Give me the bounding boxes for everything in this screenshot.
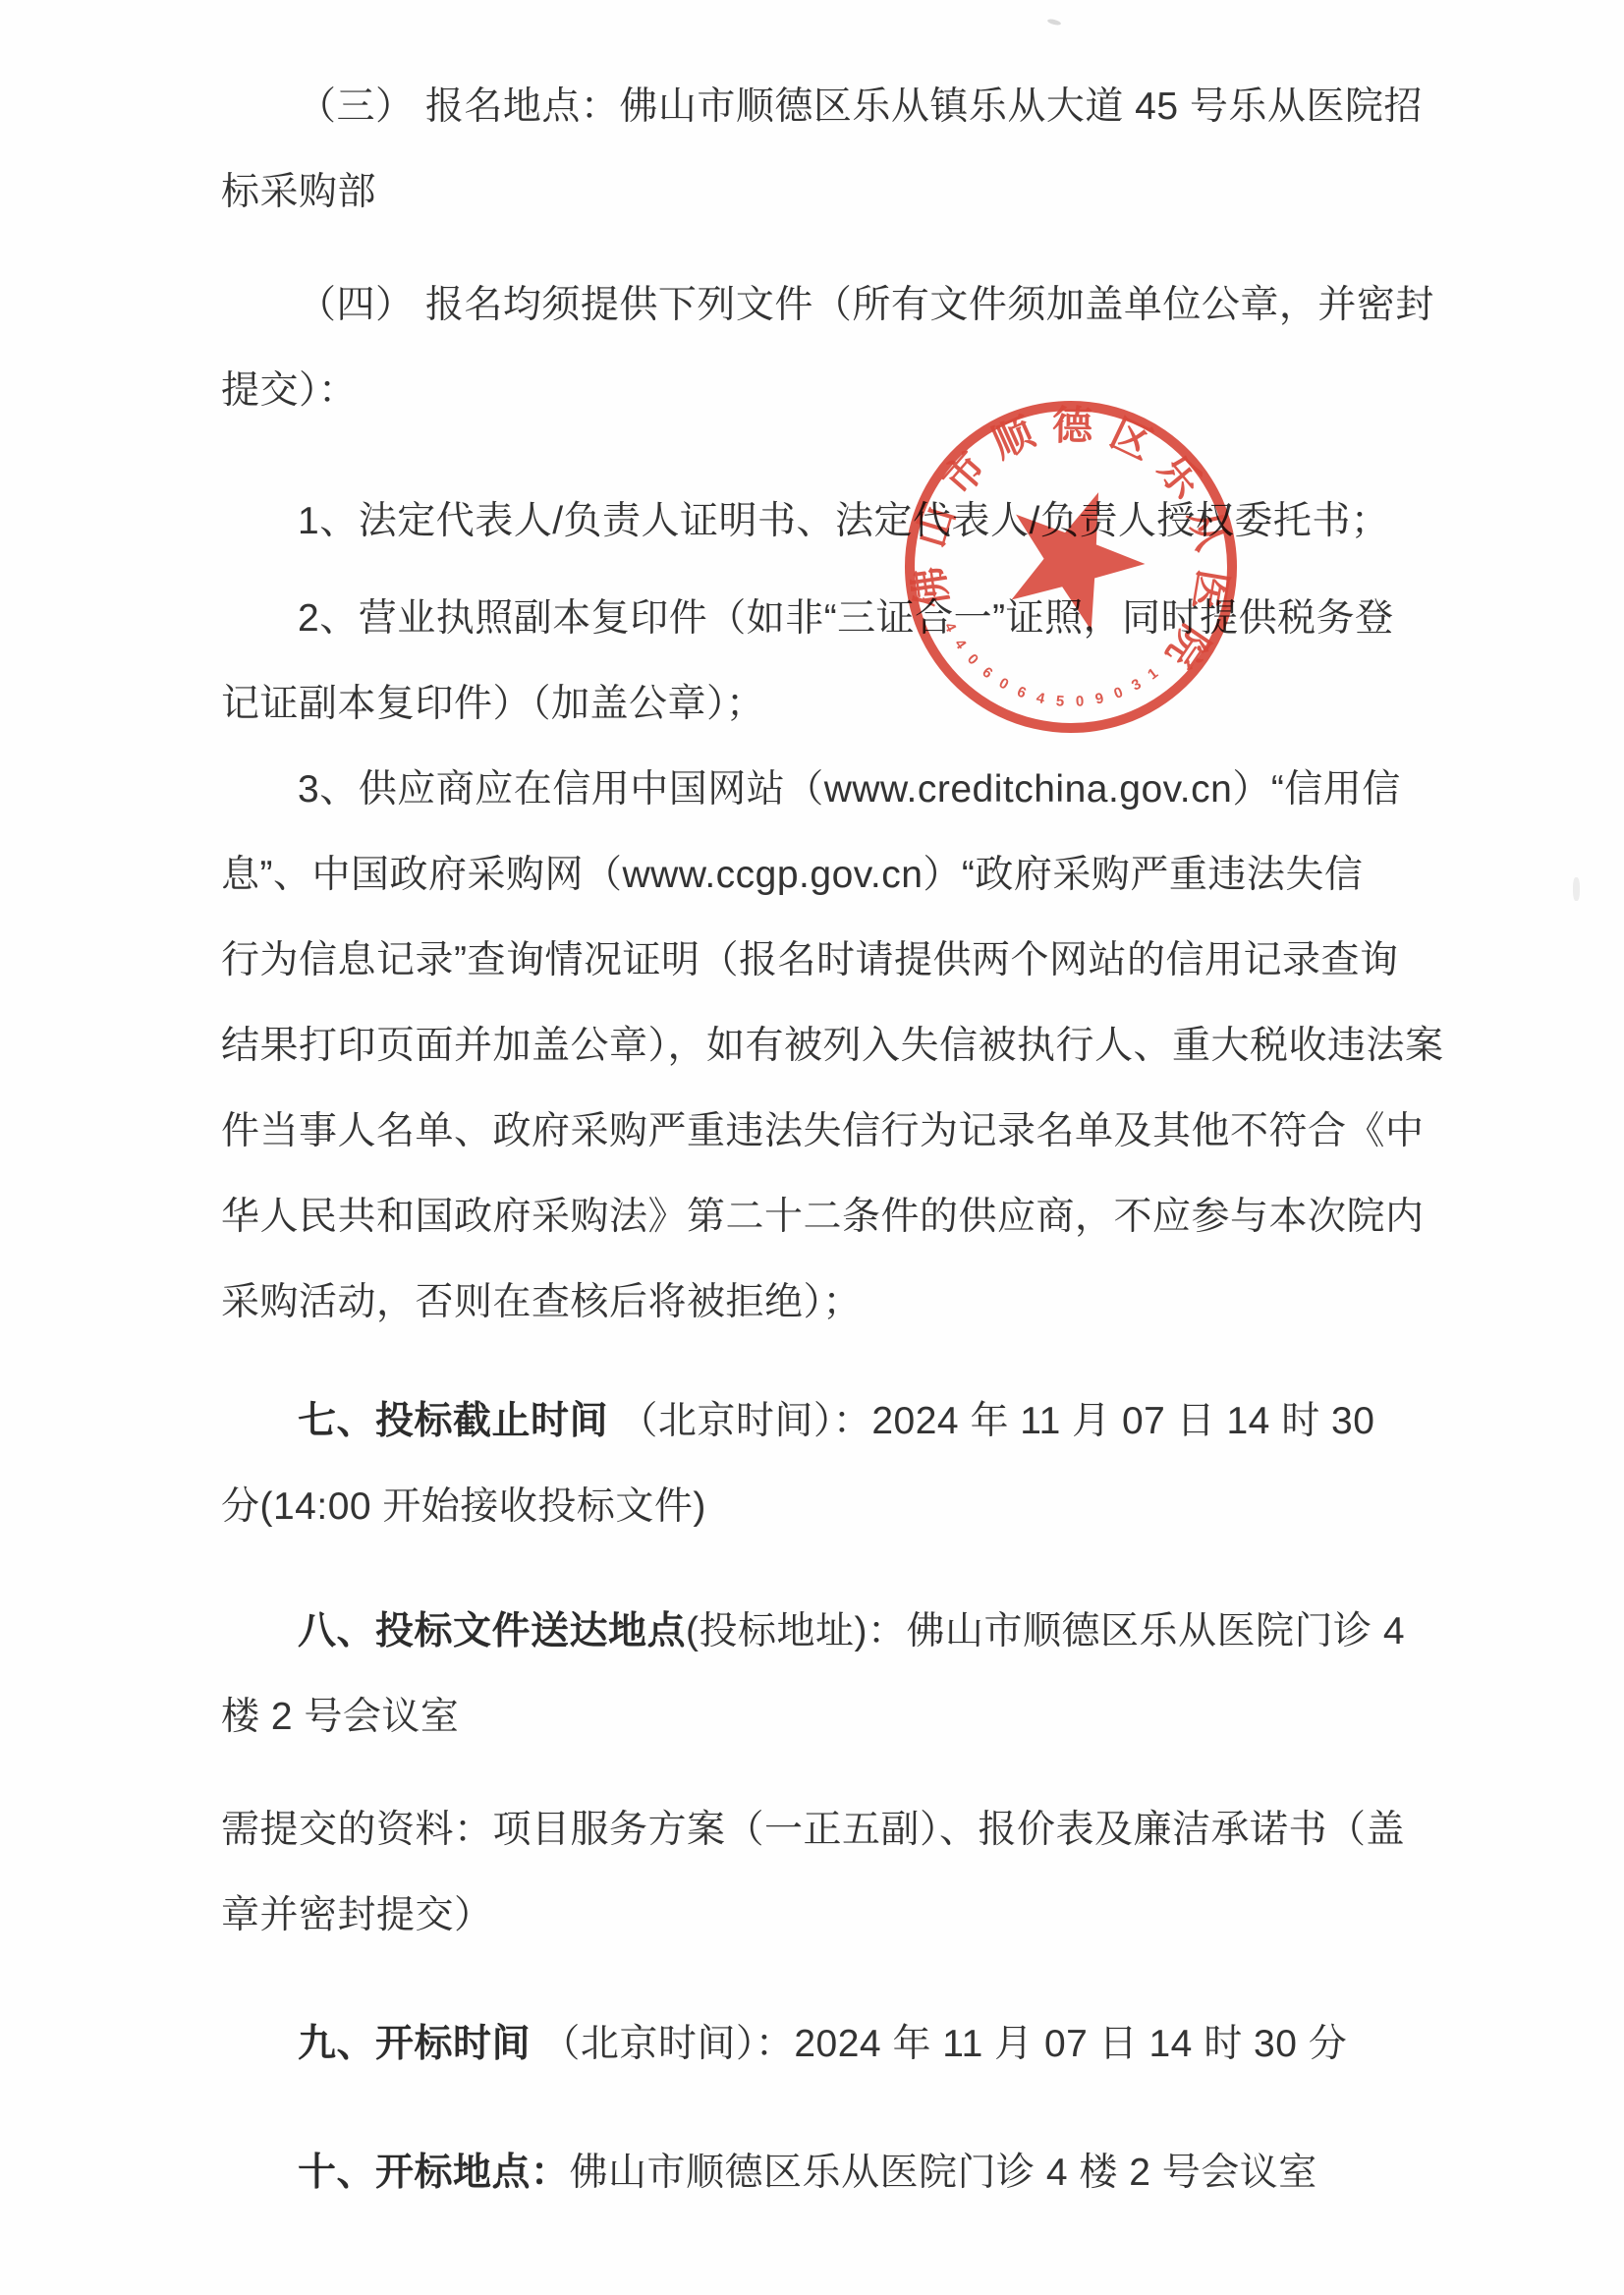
- paragraph: 九、开标时间 （北京时间）：2024 年 11 月 07 日 14 时 30 分: [221, 2001, 1498, 2087]
- paragraph: （四） 报名均须提供下列文件（所有文件须加盖单位公章，并密封 提交）：: [221, 262, 1498, 433]
- doc-line: 提交）：: [221, 348, 1498, 433]
- doc-line: 采购活动，否则在查核后将被拒绝）；: [221, 1259, 1498, 1345]
- doc-line: 华人民共和国政府采购法》第二十二条件的供应商，不应参与本次院内: [221, 1174, 1498, 1259]
- scan-artifact: [1047, 18, 1062, 26]
- doc-line-text: 华人民共和国政府采购法》第二十二条件的供应商，不应参与本次院内: [221, 1196, 1425, 1238]
- doc-line-text: (投标地址)：佛山市顺德区乐从医院门诊 4: [686, 1610, 1405, 1652]
- doc-line-text: 佛山市顺德区乐从医院门诊 4 楼 2 号会议室: [570, 2152, 1317, 2194]
- doc-line: 章并密封提交）: [221, 1873, 1498, 1958]
- doc-line: 息”、中国政府采购网（www.ccgp.gov.cn）“政府采购严重违法失信: [221, 832, 1498, 918]
- doc-line: 八、投标文件送达地点(投标地址)：佛山市顺德区乐从医院门诊 4: [221, 1589, 1498, 1674]
- scan-artifact: [1573, 877, 1580, 901]
- doc-line-text: 采购活动，否则在查核后将被拒绝）；: [221, 1281, 862, 1323]
- doc-line: 楼 2 号会议室: [221, 1674, 1498, 1760]
- doc-line-bold-run: 八、投标文件送达地点: [298, 1610, 686, 1652]
- doc-line: （三） 报名地点：佛山市顺德区乐从镇乐从大道 45 号乐从医院招: [221, 64, 1498, 149]
- doc-line: 九、开标时间 （北京时间）：2024 年 11 月 07 日 14 时 30 分: [221, 2001, 1498, 2087]
- doc-line-text: 楼 2 号会议室: [221, 1696, 459, 1738]
- paragraph: 2、营业执照副本复印件（如非“三证合一”证照，同时提供税务登 记证副本复印件）（…: [221, 576, 1498, 747]
- doc-line: （四） 报名均须提供下列文件（所有文件须加盖单位公章，并密封: [221, 262, 1498, 348]
- paragraph: 十、开标地点：佛山市顺德区乐从医院门诊 4 楼 2 号会议室: [221, 2130, 1498, 2215]
- doc-line-text: （北京时间）：2024 年 11 月 07 日 14 时 30 分: [531, 2023, 1347, 2065]
- doc-line-text: 1、法定代表人/负责人证明书、法定代表人/负责人授权委托书；: [298, 500, 1389, 542]
- document-body: （三） 报名地点：佛山市顺德区乐从镇乐从大道 45 号乐从医院招 标采购部 （四…: [221, 64, 1498, 2215]
- doc-line-text: 3、供应商应在信用中国网站（www.creditchina.gov.cn）“信用…: [298, 768, 1401, 811]
- doc-line-text: （四） 报名均须提供下列文件（所有文件须加盖单位公章，并密封: [298, 284, 1434, 326]
- doc-line-bold-run: 九、开标时间: [298, 2023, 531, 2065]
- paragraph: 八、投标文件送达地点(投标地址)：佛山市顺德区乐从医院门诊 4 楼 2 号会议室: [221, 1589, 1498, 1760]
- scanned-document-page: （三） 报名地点：佛山市顺德区乐从镇乐从大道 45 号乐从医院招 标采购部 （四…: [0, 0, 1624, 2295]
- paragraph: 1、法定代表人/负责人证明书、法定代表人/负责人授权委托书；: [221, 478, 1498, 564]
- doc-line-text: 件当事人名单、政府采购严重违法失信行为记录名单及其他不符合《中: [221, 1110, 1425, 1152]
- doc-line-text: 章并密封提交）: [221, 1894, 493, 1936]
- doc-line-text: 2、营业执照副本复印件（如非“三证合一”证照，同时提供税务登: [298, 597, 1394, 640]
- doc-line-text: 行为信息记录”查询情况证明（报名时请提供两个网站的信用记录查询: [221, 939, 1399, 981]
- doc-line: 2、营业执照副本复印件（如非“三证合一”证照，同时提供税务登: [221, 576, 1498, 661]
- doc-line: 分(14:00 开始接收投标文件): [221, 1464, 1498, 1549]
- paragraph: 七、投标截止时间 （北京时间）：2024 年 11 月 07 日 14 时 30…: [221, 1378, 1498, 1549]
- paragraph: （三） 报名地点：佛山市顺德区乐从镇乐从大道 45 号乐从医院招 标采购部: [221, 64, 1498, 235]
- doc-line-text: 提交）：: [221, 369, 358, 412]
- doc-line-text: 分(14:00 开始接收投标文件): [221, 1485, 706, 1528]
- doc-line: 1、法定代表人/负责人证明书、法定代表人/负责人授权委托书；: [221, 478, 1498, 564]
- doc-line: 件当事人名单、政府采购严重违法失信行为记录名单及其他不符合《中: [221, 1089, 1498, 1174]
- doc-line: 标采购部: [221, 149, 1498, 235]
- doc-line-text: 标采购部: [221, 171, 376, 213]
- doc-line: 结果打印页面并加盖公章），如有被列入失信被执行人、重大税收违法案: [221, 1003, 1498, 1089]
- doc-line-text: 息”、中国政府采购网（www.ccgp.gov.cn）“政府采购严重违法失信: [221, 854, 1363, 896]
- doc-line: 3、供应商应在信用中国网站（www.creditchina.gov.cn）“信用…: [221, 747, 1498, 832]
- paragraph: 需提交的资料：项目服务方案（一正五副）、报价表及廉洁承诺书（盖 章并密封提交）: [221, 1787, 1498, 1958]
- doc-line-text: （北京时间）：2024 年 11 月 07 日 14 时 30: [608, 1400, 1374, 1442]
- doc-line: 十、开标地点：佛山市顺德区乐从医院门诊 4 楼 2 号会议室: [221, 2130, 1498, 2215]
- doc-line: 行为信息记录”查询情况证明（报名时请提供两个网站的信用记录查询: [221, 918, 1498, 1003]
- doc-line: 七、投标截止时间 （北京时间）：2024 年 11 月 07 日 14 时 30: [221, 1378, 1498, 1464]
- doc-line-text: 需提交的资料：项目服务方案（一正五副）、报价表及廉洁承诺书（盖: [221, 1809, 1405, 1851]
- doc-line: 需提交的资料：项目服务方案（一正五副）、报价表及廉洁承诺书（盖: [221, 1787, 1498, 1873]
- doc-line-text: 记证副本复印件）（加盖公章）；: [221, 683, 765, 725]
- paragraph: 3、供应商应在信用中国网站（www.creditchina.gov.cn）“信用…: [221, 747, 1498, 1345]
- doc-line-text: （三） 报名地点：佛山市顺德区乐从镇乐从大道 45 号乐从医院招: [298, 85, 1423, 128]
- doc-line-bold-run: 七、投标截止时间: [298, 1400, 608, 1442]
- doc-line-bold-run: 十、开标地点：: [298, 2152, 570, 2194]
- doc-line: 记证副本复印件）（加盖公章）；: [221, 661, 1498, 747]
- doc-line-text: 结果打印页面并加盖公章），如有被列入失信被执行人、重大税收违法案: [221, 1025, 1444, 1067]
